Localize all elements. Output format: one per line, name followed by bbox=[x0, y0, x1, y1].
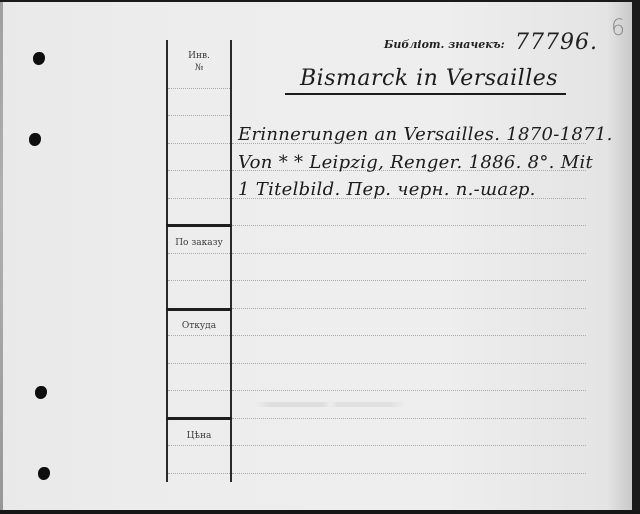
main-rule bbox=[232, 225, 586, 227]
left-rule bbox=[168, 363, 230, 365]
section-divider-2 bbox=[166, 308, 232, 311]
field-label-source: Откуда bbox=[168, 320, 230, 332]
shelfmark-value: 77796. bbox=[515, 30, 598, 55]
scan-border-bottom bbox=[0, 510, 640, 514]
main-rule bbox=[232, 363, 586, 365]
field-label-price: Цѣна bbox=[168, 430, 230, 442]
corner-number: 6 bbox=[611, 16, 625, 41]
book-title: Bismarck in Versailles bbox=[300, 66, 558, 91]
description-line-2: Von * * Leipzig, Renger. 1886. 8°. Mit bbox=[238, 152, 593, 173]
punch-hole-3 bbox=[35, 386, 47, 399]
main-rule bbox=[232, 418, 586, 420]
field-label-inventory-text: Инв.№ bbox=[188, 51, 210, 73]
left-rule bbox=[168, 445, 230, 447]
punch-hole-2 bbox=[29, 133, 41, 146]
section-divider-3 bbox=[166, 417, 232, 420]
main-rule bbox=[232, 390, 586, 392]
faded-mark bbox=[255, 402, 405, 407]
left-rule bbox=[168, 335, 230, 337]
field-label-by-order: По заказу bbox=[168, 237, 230, 249]
left-rule bbox=[168, 198, 230, 200]
left-rule bbox=[168, 390, 230, 392]
left-rule bbox=[168, 170, 230, 172]
left-rule bbox=[168, 280, 230, 282]
description-line-3: 1 Titelbild. Пер. черн. п.-шагр. bbox=[238, 179, 536, 200]
punch-hole-4 bbox=[38, 467, 50, 480]
main-rule bbox=[232, 445, 586, 447]
field-column-right-border bbox=[230, 40, 232, 482]
description-line-1: Erinnerungen an Versailles. 1870-1871. bbox=[238, 124, 613, 145]
catalog-card: 6 Библіот. значекъ: 77796. Bismarck in V… bbox=[0, 2, 632, 510]
main-rule bbox=[232, 308, 586, 310]
main-rule bbox=[232, 280, 586, 282]
main-rule bbox=[232, 253, 586, 255]
main-rule bbox=[232, 335, 586, 337]
left-rule bbox=[168, 115, 230, 117]
left-rule bbox=[168, 473, 230, 475]
left-rule bbox=[168, 88, 230, 90]
main-rule bbox=[232, 473, 586, 475]
punch-hole-1 bbox=[33, 52, 45, 65]
title-underline bbox=[285, 93, 566, 95]
shelfmark-label: Библіот. значекъ: bbox=[384, 38, 505, 51]
section-divider-1 bbox=[166, 224, 232, 227]
left-rule bbox=[168, 253, 230, 255]
field-label-inventory: Инв.№ bbox=[168, 50, 230, 74]
left-rule bbox=[168, 143, 230, 145]
field-column-left-border bbox=[166, 40, 168, 482]
